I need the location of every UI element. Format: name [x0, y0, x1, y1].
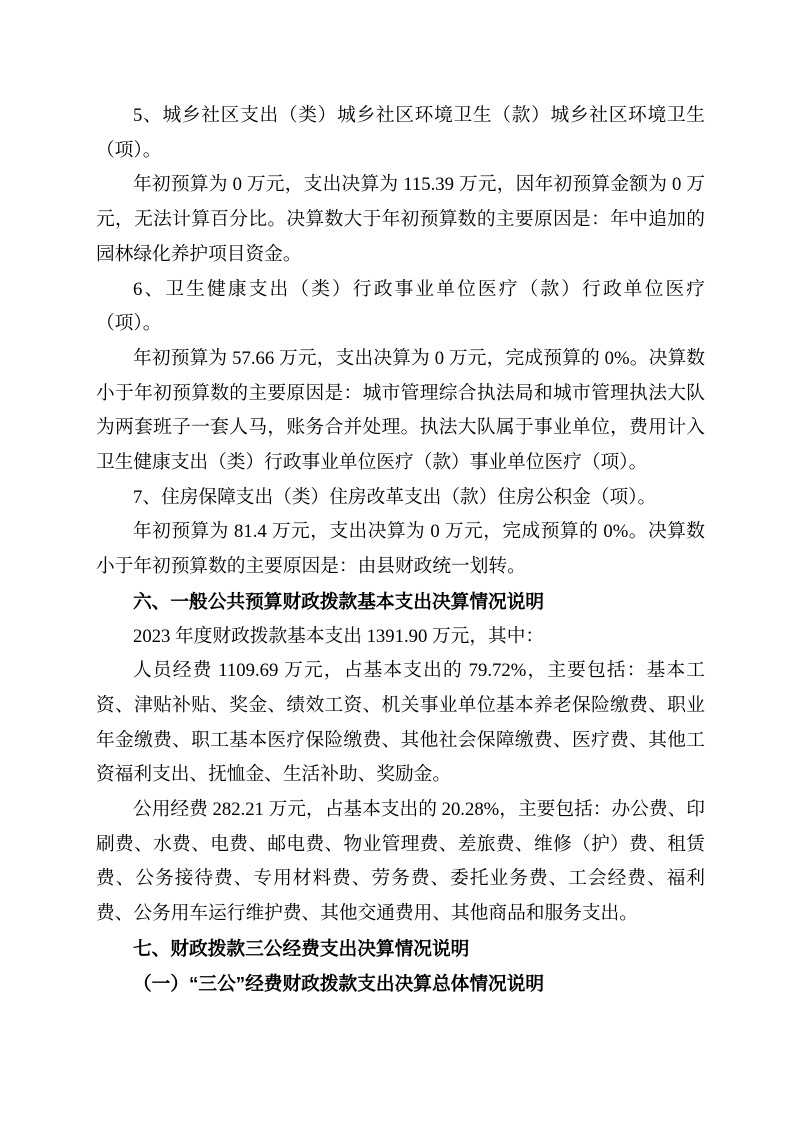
document-page: 5、城乡社区支出（类）城乡社区环境卫生（款）城乡社区环境卫生（项）。 年初预算为… [0, 0, 793, 1122]
subsection-heading-one: （一）“三公”经费财政拨款支出决算总体情况说明 [96, 967, 705, 1002]
paragraph-item7-title: 7、住房保障支出（类）住房改革支出（款）住房公积金（项）。 [96, 481, 705, 516]
paragraph-item5-detail: 年初预算为 0 万元，支出决算为 115.39 万元，因年初预算金额为 0 万元… [96, 168, 705, 272]
paragraph-basic-expense: 2023 年度财政拨款基本支出 1391.90 万元，其中： [96, 620, 705, 655]
section-heading-seven: 七、财政拨款三公经费支出决算情况说明 [96, 932, 705, 967]
document-content: 5、城乡社区支出（类）城乡社区环境卫生（款）城乡社区环境卫生（项）。 年初预算为… [96, 99, 705, 1001]
section-heading-six: 六、一般公共预算财政拨款基本支出决算情况说明 [96, 585, 705, 620]
paragraph-item7-detail: 年初预算为 81.4 万元，支出决算为 0 万元，完成预算的 0%。决算数小于年… [96, 515, 705, 584]
paragraph-public-expense: 公用经费 282.21 万元，占基本支出的 20.28%，主要包括：办公费、印刷… [96, 793, 705, 932]
paragraph-item6-detail: 年初预算为 57.66 万元，支出决算为 0 万元，完成预算的 0%。决算数小于… [96, 342, 705, 481]
paragraph-item5-title: 5、城乡社区支出（类）城乡社区环境卫生（款）城乡社区环境卫生（项）。 [96, 99, 705, 168]
paragraph-personnel-expense: 人员经费 1109.69 万元，占基本支出的 79.72%，主要包括：基本工资、… [96, 654, 705, 793]
paragraph-item6-title: 6、卫生健康支出（类）行政事业单位医疗（款）行政单位医疗（项）。 [96, 273, 705, 342]
